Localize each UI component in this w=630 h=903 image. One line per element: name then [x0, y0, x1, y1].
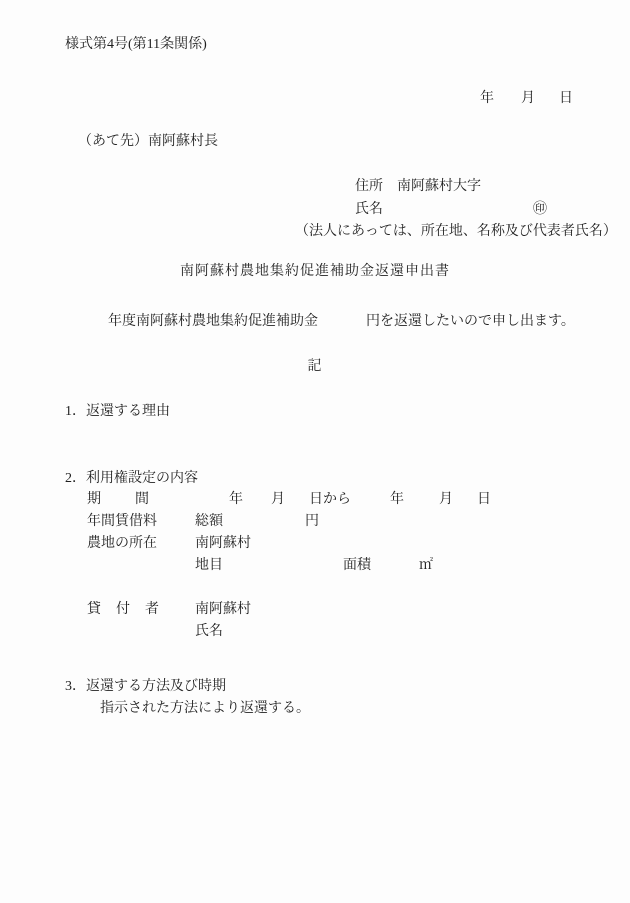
addressee: （あて先）南阿蘇村長	[78, 133, 218, 151]
date-month-label: 月	[521, 90, 535, 108]
rent-unit: 円	[305, 513, 319, 531]
land-area-label: 面積	[343, 557, 371, 575]
item3-body: 指示された方法により返還する。	[100, 700, 310, 718]
period-day-to: 日	[477, 491, 491, 509]
item3-heading: 3．返還する方法及び時期	[65, 678, 226, 696]
land-category-label: 地目	[195, 557, 223, 575]
seal-icon: ㊞	[533, 201, 547, 219]
ki-marker: 記	[0, 358, 630, 376]
period-label-1: 期	[87, 491, 101, 509]
form-number: 様式第4号(第11条関係)	[65, 36, 207, 54]
date-day-label: 日	[559, 90, 573, 108]
period-day-from: 日から	[309, 491, 351, 509]
applicant-name-label: 氏名	[355, 201, 383, 219]
lender-label-2: 付	[116, 601, 130, 619]
applicant-address-label: 住所	[355, 178, 383, 196]
rent-label: 年間賃借料	[87, 513, 157, 531]
period-year-to: 年	[390, 491, 404, 509]
statement-before-amount: 年度南阿蘇村農地集約促進補助金	[108, 313, 318, 331]
location-value: 南阿蘇村	[195, 535, 251, 553]
lender-name-label: 氏名	[195, 623, 223, 641]
period-month-to: 月	[439, 491, 453, 509]
applicant-address-value: 南阿蘇村大字	[397, 178, 481, 196]
item2-heading: 2．利用権設定の内容	[65, 470, 198, 488]
document-title: 南阿蘇村農地集約促進補助金返還申出書	[0, 263, 630, 281]
statement-after-amount: 円を返還したいので申し出ます。	[366, 313, 575, 331]
date-year-label: 年	[480, 90, 494, 108]
lender-label-1: 貸	[87, 601, 101, 619]
item1-heading: 1．返還する理由	[65, 403, 170, 421]
corporate-note: （法人にあっては、所在地、名称及び代表者氏名）	[295, 223, 617, 241]
rent-total-label: 総額	[195, 513, 223, 531]
period-label-2: 間	[135, 491, 149, 509]
period-year-from: 年	[229, 491, 243, 509]
land-area-unit: ㎡	[419, 557, 433, 575]
form-page: 様式第4号(第11条関係) 年 月 日 （あて先）南阿蘇村長 住所 南阿蘇村大字…	[0, 0, 630, 903]
location-label: 農地の所在	[87, 535, 157, 553]
lender-label-3: 者	[145, 601, 159, 619]
period-month-from: 月	[271, 491, 285, 509]
lender-value: 南阿蘇村	[195, 601, 251, 619]
